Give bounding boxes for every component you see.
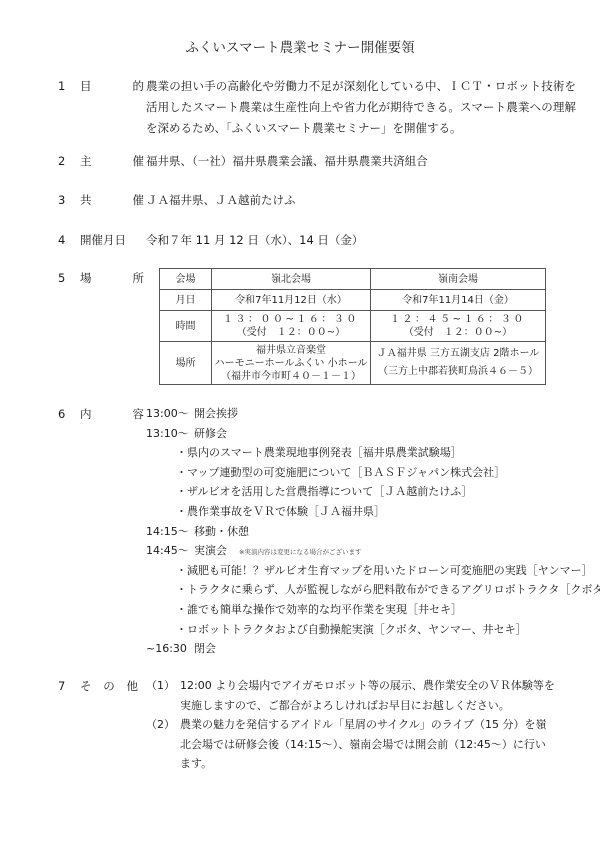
table-header-cell: 嶺南会場 [371,269,546,290]
table-cell: ＪＡ福井県 三方五湖支店 2階ホール （三方上中郡若狭町鳥浜４６－５） [371,342,546,385]
program-subitem: ・県内のスマート農業現地事例発表［福井県農業試験場］ [146,443,600,463]
table-header-cell: 嶺北会場 [212,269,371,290]
program-time: 14:45～ [146,541,194,560]
table-row: 場所 福井県立音楽堂 ハーモニーホールふくい 小ホール （福井市今市町４０－１－… [160,342,546,385]
table-row: 月日 令和7年11月12日（水） 令和7年11月14日（金） [160,290,546,311]
section-label: 場 所 [80,268,144,288]
program-subitem: ・誰でも簡単な操作で効率的な均平作業を実現［井セキ］ [146,600,600,620]
date-text: 令和７年 11 月 12 日（水）、14 日（金） [146,230,576,250]
program-title: 移動・休憩 [194,525,249,538]
other-item: （1） 12:00 より会場内でアイガモロボット等の展示、農作業安全のＶＲ体験等… [146,676,556,715]
table-header-row: 会場 嶺北会場 嶺南会場 [160,269,546,290]
document-title: ふくいスマート農業セミナー開催要領 [0,36,600,56]
program-subitem: ・ロボットトラクタおよび自動操舵実演［クボタ、ヤンマー、井セキ］ [146,620,600,640]
section-label: そ の 他 [80,676,138,696]
program-item: ~16:30閉会 [146,639,600,659]
section-number: 2 [58,151,72,171]
program-title: 開会挨拶 [194,407,238,420]
table-cell: 令和7年11月14日（金） [371,290,546,311]
purpose-text: 農業の担い手の高齢化や労働力不足が深刻化している中、ＩＣＴ・ロボット技術を活用し… [146,76,576,139]
table-cell: 月日 [160,290,212,311]
other-list: （1） 12:00 より会場内でアイガモロボット等の展示、農作業安全のＶＲ体験等… [146,676,556,774]
table-cell: 時間 [160,311,212,342]
venue-table: 会場 嶺北会場 嶺南会場 月日 令和7年11月12日（水） 令和7年11月14日… [159,268,546,385]
section-number: 3 [58,190,72,210]
other-item: （2） 農業の魅力を発信するアイドル「星屑のサイクル」のライブ（15 分）を嶺北… [146,715,556,774]
section-number: 1 [58,76,72,96]
section-label: 共 催 [80,190,144,210]
program-item: 14:15～移動・休憩 [146,522,600,542]
item-marker: （2） [146,715,175,735]
program-item: 13:10～研修会 [146,424,600,444]
program-title: 閉会 [194,642,216,655]
place-line: （福井市今市町４０－１－１） [214,370,368,383]
program-time: 14:15～ [146,522,194,541]
table-cell: 令和7年11月12日（水） [212,290,371,311]
section-label: 目 的 [80,76,144,96]
program-item: 14:45～実演会※実演内容は変更になる場合がございます [146,541,600,561]
program-time: 13:00～ [146,404,194,423]
place-line: 福井県立音楽堂 [214,344,368,357]
table-header-cell: 会場 [160,269,212,290]
organizer-text: 福井県、（一社）福井県農業会議、福井県農業共済組合 [146,151,576,171]
item-text: 農業の魅力を発信するアイドル「星屑のサイクル」のライブ（15 分）を嶺北会場では… [180,718,547,770]
reception-time: （受付 １２：００~） [214,326,368,339]
section-number: 7 [58,676,72,696]
program-item: 13:00～開会挨拶 [146,404,600,424]
program-title: 実演会 [194,544,227,557]
program-title: 研修会 [194,427,227,440]
time-range: １２：４５~１６：３０ [373,313,543,326]
program-subitem: ・トラクタに乗らず、人が監視しながら肥料散布ができるアグリロボトラクタ［クボタ］ [146,580,600,600]
program-subitem: ・マップ連動型の可変施肥について［ＢＡＳＦジャパン株式会社］ [146,463,600,483]
section-number: 5 [58,268,72,288]
program-time: 13:10～ [146,424,194,443]
place-line: ハーモニーホールふくい 小ホール [214,357,368,370]
table-cell: 場所 [160,342,212,385]
table-cell: １２：４５~１６：３０ （受付 １２：００~） [371,311,546,342]
table-cell: １３：００~１６：３０ （受付 １２：００~） [212,311,371,342]
section-number: 6 [58,404,72,424]
table-row: 時間 １３：００~１６：３０ （受付 １２：００~） １２：４５~１６：３０ （… [160,311,546,342]
co-organizer-text: ＪＡ福井県、ＪＡ越前たけふ [146,190,576,210]
program-subitem: ・減肥も可能！？ザルビオ生育マップを用いたドローン可変施肥の実践［ヤンマー］ [146,561,600,581]
time-range: １３：００~１６：３０ [214,313,368,326]
item-text: 12:00 より会場内でアイガモロボット等の展示、農作業安全のＶＲ体験等を実施し… [180,679,555,712]
section-label: 開催月日 [80,230,144,250]
program-list: 13:00～開会挨拶 13:10～研修会 ・県内のスマート農業現地事例発表［福井… [146,404,600,659]
place-line: ＪＡ福井県 三方五湖支店 2階ホール [373,345,543,363]
item-marker: （1） [146,676,175,696]
table-cell: 福井県立音楽堂 ハーモニーホールふくい 小ホール （福井市今市町４０－１－１） [212,342,371,385]
place-line: （三方上中郡若狭町鳥浜４６－５） [373,363,543,381]
reception-time: （受付 １２：００~） [373,326,543,339]
program-time: ~16:30 [146,639,194,658]
section-label: 主 催 [80,151,144,171]
section-number: 4 [58,230,72,250]
section-label: 内 容 [80,404,144,424]
program-subitem: ・農作業事故をＶＲで体験［ＪＡ福井県］ [146,502,600,522]
program-subitem: ・ザルビオを活用した営農指導について［ＪＡ越前たけふ］ [146,482,600,502]
program-note: ※実演内容は変更になる場合がございます [239,548,361,556]
